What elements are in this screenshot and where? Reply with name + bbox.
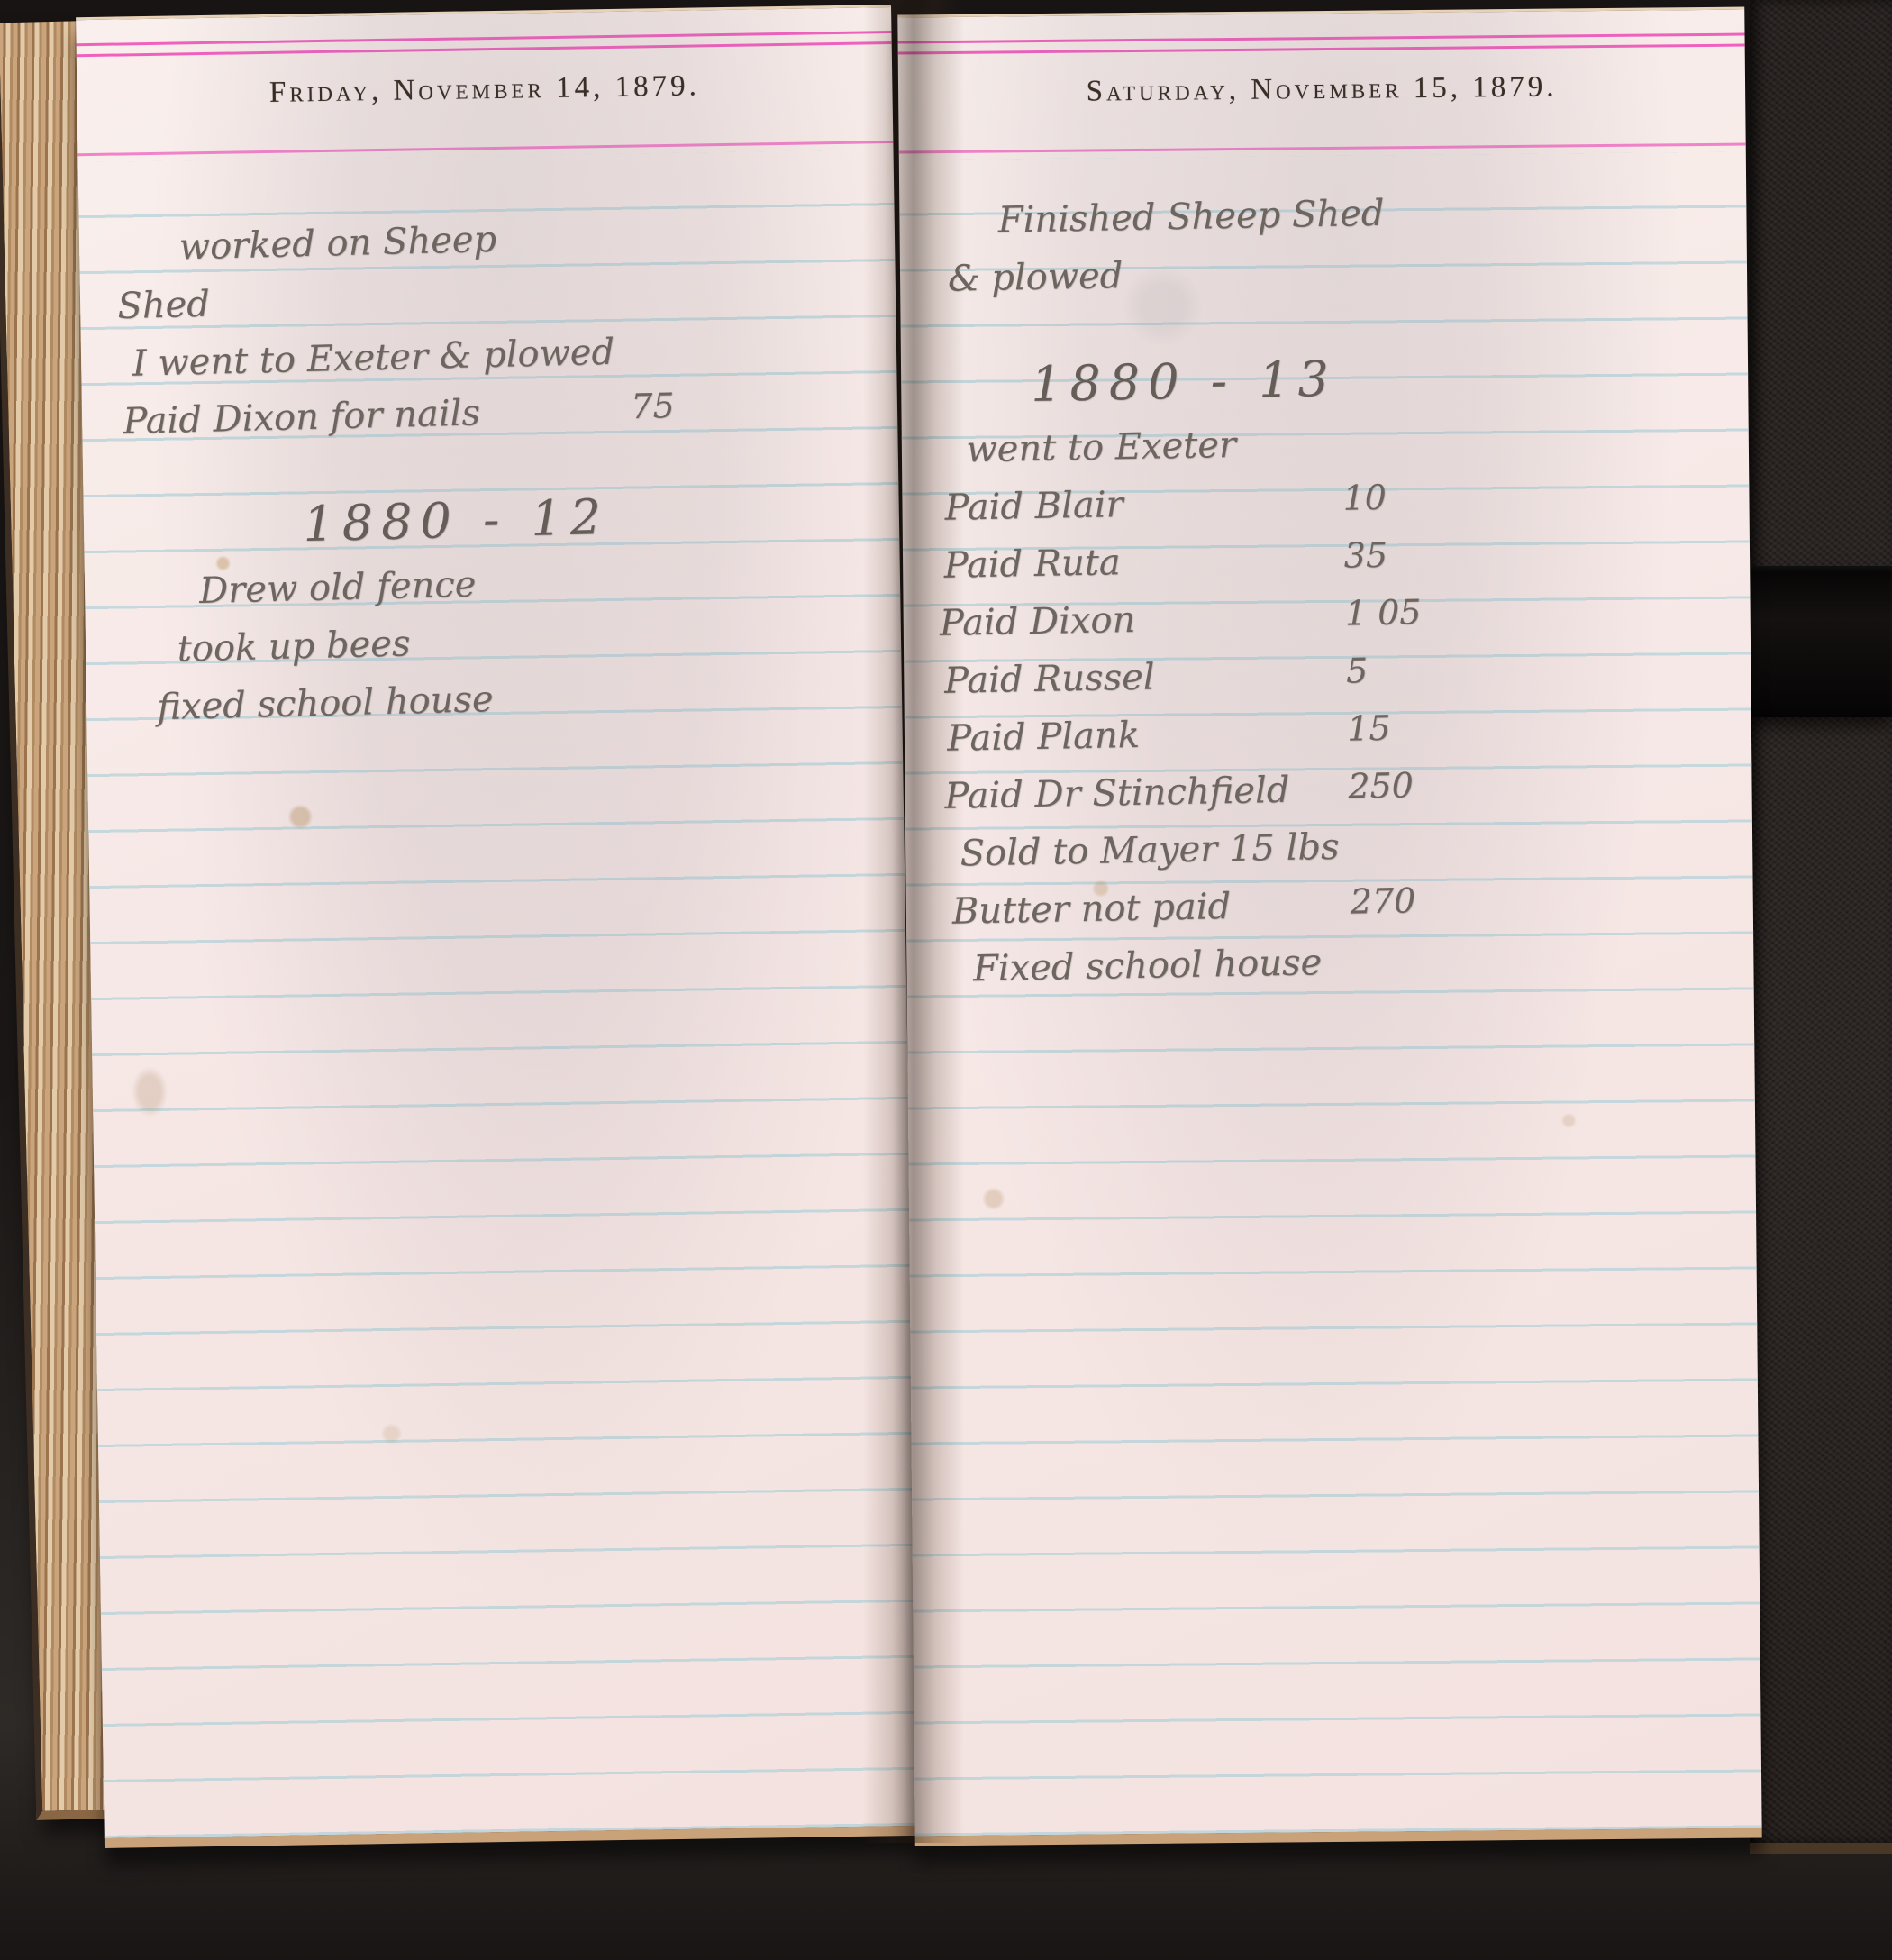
pink-rule-top: [898, 33, 1745, 55]
book-cover-right: [1750, 0, 1892, 1854]
handwritten-text: Paid Dr Stinchfield: [923, 770, 1290, 817]
diary-page-right: Saturday, November 15, 1879. Finished Sh…: [897, 7, 1761, 1846]
handwritten-text: went to Exeter: [916, 424, 1236, 471]
amount-value: 5: [1346, 651, 1369, 690]
amount-value: 270: [1350, 880, 1415, 921]
handwriting-right: Finished Sheep Shed& plowed1880 - 13went…: [912, 187, 1746, 1007]
page-header-left: Friday, November 14, 1879.: [77, 67, 892, 113]
page-header-right: Saturday, November 15, 1879.: [898, 69, 1745, 111]
handwriting-left: worked on SheepShedI went to Exeter & pl…: [93, 209, 894, 745]
pink-rule-subheader: [899, 143, 1746, 154]
handwritten-text: Fixed school house: [926, 942, 1323, 990]
handwritten-text: worked on Sheep: [93, 219, 496, 270]
diary-page-left: Friday, November 14, 1879. worked on She…: [76, 5, 920, 1848]
scanned-diary-spread: Friday, November 14, 1879. worked on She…: [0, 0, 1892, 1960]
amount-value: 35: [1343, 535, 1387, 576]
gutter-shadow: [863, 0, 964, 1843]
amount-value: 1 05: [1344, 592, 1421, 634]
amount-value: 15: [1347, 708, 1391, 749]
handwritten-text: Paid Dixon for nails: [97, 392, 481, 442]
handwritten-text: Shed: [95, 284, 211, 328]
diary-heading: 1880 - 13: [915, 343, 1736, 422]
handwritten-text: Finished Sheep Shed: [912, 193, 1384, 243]
handwritten-text: took up bees: [103, 623, 411, 671]
handwritten-text: Drew old fence: [102, 564, 477, 615]
handwritten-text: fixed school house: [105, 679, 494, 730]
diary-heading: 1880 - 12: [100, 481, 889, 563]
handwritten-text: Butter not paid: [924, 886, 1231, 933]
amount-value: 75: [631, 386, 675, 426]
handwritten-text: Sold to Mayer 15 lbs: [923, 826, 1340, 875]
pink-rule-top: [77, 31, 892, 57]
amount-value: 10: [1342, 478, 1387, 518]
amount-value: 250: [1348, 765, 1414, 806]
